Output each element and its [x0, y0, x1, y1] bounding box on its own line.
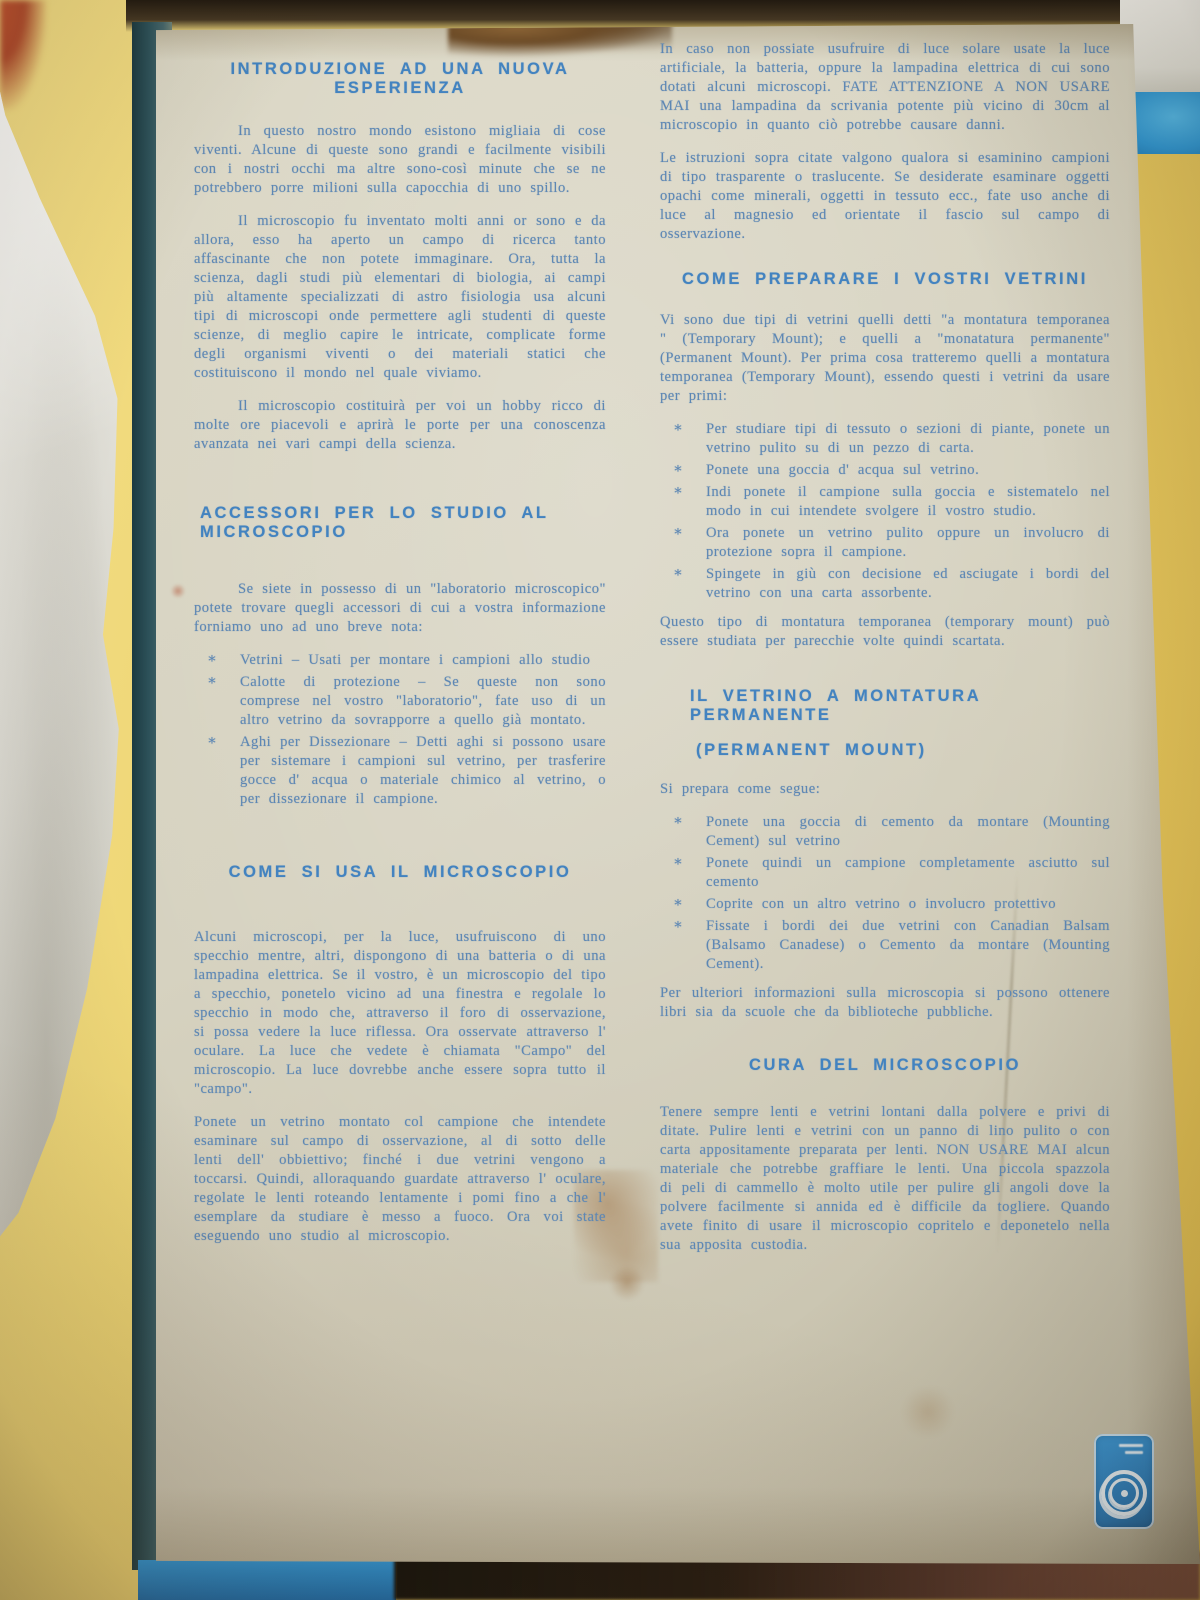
section-heading-accessories: ACCESSORI PER LO STUDIO AL MICROSCOPIO [200, 504, 606, 542]
bullet-marker: ∗ [673, 523, 683, 542]
list-item: ∗ Aghi per Dissezionare – Detti aghi si … [194, 733, 606, 809]
bullet-marker: ∗ [673, 460, 683, 479]
paragraph-mount-types: Vi sono due tipi di vetrini quelli detti… [660, 311, 1110, 406]
paragraph-care: Tenere sempre lenti e vetrini lontani da… [660, 1103, 1110, 1255]
paragraph-usage-slide: Ponete un vetrino montato col campione c… [194, 1113, 606, 1246]
bottom-cover-blue-strip [138, 1560, 396, 1600]
logo-concentric-rings-icon [1101, 1470, 1147, 1516]
list-item-text: Calotte di protezione – Se queste non so… [240, 674, 606, 728]
paragraph-prepare-follows: Si prepara come segue: [660, 780, 1110, 799]
section-heading-permanent-mount: IL VETRINO A MONTATURA PERMANENTE [690, 687, 1110, 725]
corner-red-object [0, 0, 46, 110]
list-item-text: Aghi per Dissezionare – Detti aghi si po… [240, 734, 606, 807]
list-item-text: Indi ponete il campione sulla goccia e s… [706, 484, 1110, 519]
brand-logo [1094, 1434, 1154, 1529]
bullet-marker: ∗ [207, 672, 217, 691]
list-item: ∗ Vetrini – Usati per montare i campioni… [194, 651, 606, 670]
paragraph-accessories-intro: Se siete in possesso di un "laboratorio … [194, 580, 606, 637]
paragraph-opaque-objects: Le istruzioni sopra citate valgono qualo… [660, 149, 1110, 244]
list-item: ∗ Ponete una goccia d' acqua sul vetrino… [660, 461, 1110, 480]
permanent-mount-steps: ∗ Ponete una goccia di cemento da montar… [660, 813, 1110, 974]
page-stain [896, 1388, 960, 1436]
paragraph-microscope-invented: Il microscopio fu inventato molti anni o… [194, 212, 606, 383]
list-item: ∗ Per studiare tipi di tessuto o sezioni… [660, 420, 1110, 458]
list-item: ∗ Fissate i bordi dei due vetrini con Ca… [660, 917, 1110, 974]
list-item: ∗ Calotte di protezione – Se queste non … [194, 673, 606, 730]
page-stain [606, 1266, 648, 1300]
list-item-text: Ponete una goccia d' acqua sul vetrino. [706, 462, 979, 478]
bullet-marker: ∗ [673, 853, 683, 872]
section-heading-usage: COME SI USA IL MICROSCOPIO [194, 863, 606, 882]
list-item-text: Per studiare tipi di tessuto o sezioni d… [706, 421, 1110, 456]
list-item: ∗ Coprite con un altro vetrino o involuc… [660, 895, 1110, 914]
accessories-list: ∗ Vetrini – Usati per montare i campioni… [194, 651, 606, 809]
list-item: ∗ Indi ponete il campione sulla goccia e… [660, 483, 1110, 521]
section-heading-care: CURA DEL MICROSCOPIO [660, 1056, 1110, 1075]
left-column: INTRODUZIONE AD UNA NUOVA ESPERIENZA In … [194, 60, 606, 1260]
paragraph-temporary-note: Questo tipo di montatura temporanea (tem… [660, 613, 1110, 651]
list-item: ∗ Ora ponete un vetrino pulito oppure un… [660, 524, 1110, 562]
list-item-text: Fissate i bordi dei due vetrini con Cana… [706, 918, 1110, 972]
temporary-mount-steps: ∗ Per studiare tipi di tessuto o sezioni… [660, 420, 1110, 603]
list-item-text: Spingete in giù con decisione ed asciuga… [706, 566, 1110, 601]
bullet-marker: ∗ [673, 894, 683, 913]
list-item-text: Ora ponete un vetrino pulito oppure un i… [706, 525, 1110, 560]
bullet-marker: ∗ [673, 564, 683, 583]
list-item-text: Vetrini – Usati per montare i campioni a… [240, 652, 590, 668]
right-column: In caso non possiate usufruire di luce s… [660, 40, 1110, 1269]
paragraph-usage-light: Alcuni microscopi, per la luce, usufruis… [194, 928, 606, 1099]
bullet-marker: ∗ [673, 482, 683, 501]
logo-text-marks [1119, 1444, 1145, 1459]
paragraph-hobby: Il microscopio costituirà per voi un hob… [194, 397, 606, 454]
list-item-text: Coprite con un altro vetrino o involucro… [706, 896, 1056, 912]
section-heading-permanent-mount-en: (PERMANENT MOUNT) [696, 741, 1110, 760]
paragraph-living-things: In questo nostro mondo esistono migliaia… [194, 122, 606, 198]
bullet-marker: ∗ [673, 916, 683, 935]
instruction-page: INTRODUZIONE AD UNA NUOVA ESPERIENZA In … [156, 24, 1200, 1564]
bullet-marker: ∗ [207, 732, 217, 751]
bullet-marker: ∗ [673, 419, 683, 438]
list-item-text: Ponete quindi un campione completamente … [706, 855, 1110, 890]
paragraph-more-info: Per ulteriori informazioni sulla microsc… [660, 984, 1110, 1022]
section-heading-introduction: INTRODUZIONE AD UNA NUOVA ESPERIENZA [194, 60, 606, 98]
page-stain [170, 584, 186, 598]
list-item: ∗ Ponete quindi un campione completament… [660, 854, 1110, 892]
section-heading-prepare-slides: COME PREPARARE I VOSTRI VETRINI [660, 270, 1110, 289]
bullet-marker: ∗ [673, 812, 683, 831]
paragraph-artificial-light: In caso non possiate usufruire di luce s… [660, 40, 1110, 135]
list-item: ∗ Ponete una goccia di cemento da montar… [660, 813, 1110, 851]
photo-scene: INTRODUZIONE AD UNA NUOVA ESPERIENZA In … [0, 0, 1200, 1600]
list-item-text: Ponete una goccia di cemento da montare … [706, 814, 1110, 849]
list-item: ∗ Spingete in giù con decisione ed asciu… [660, 565, 1110, 603]
bullet-marker: ∗ [207, 650, 217, 669]
